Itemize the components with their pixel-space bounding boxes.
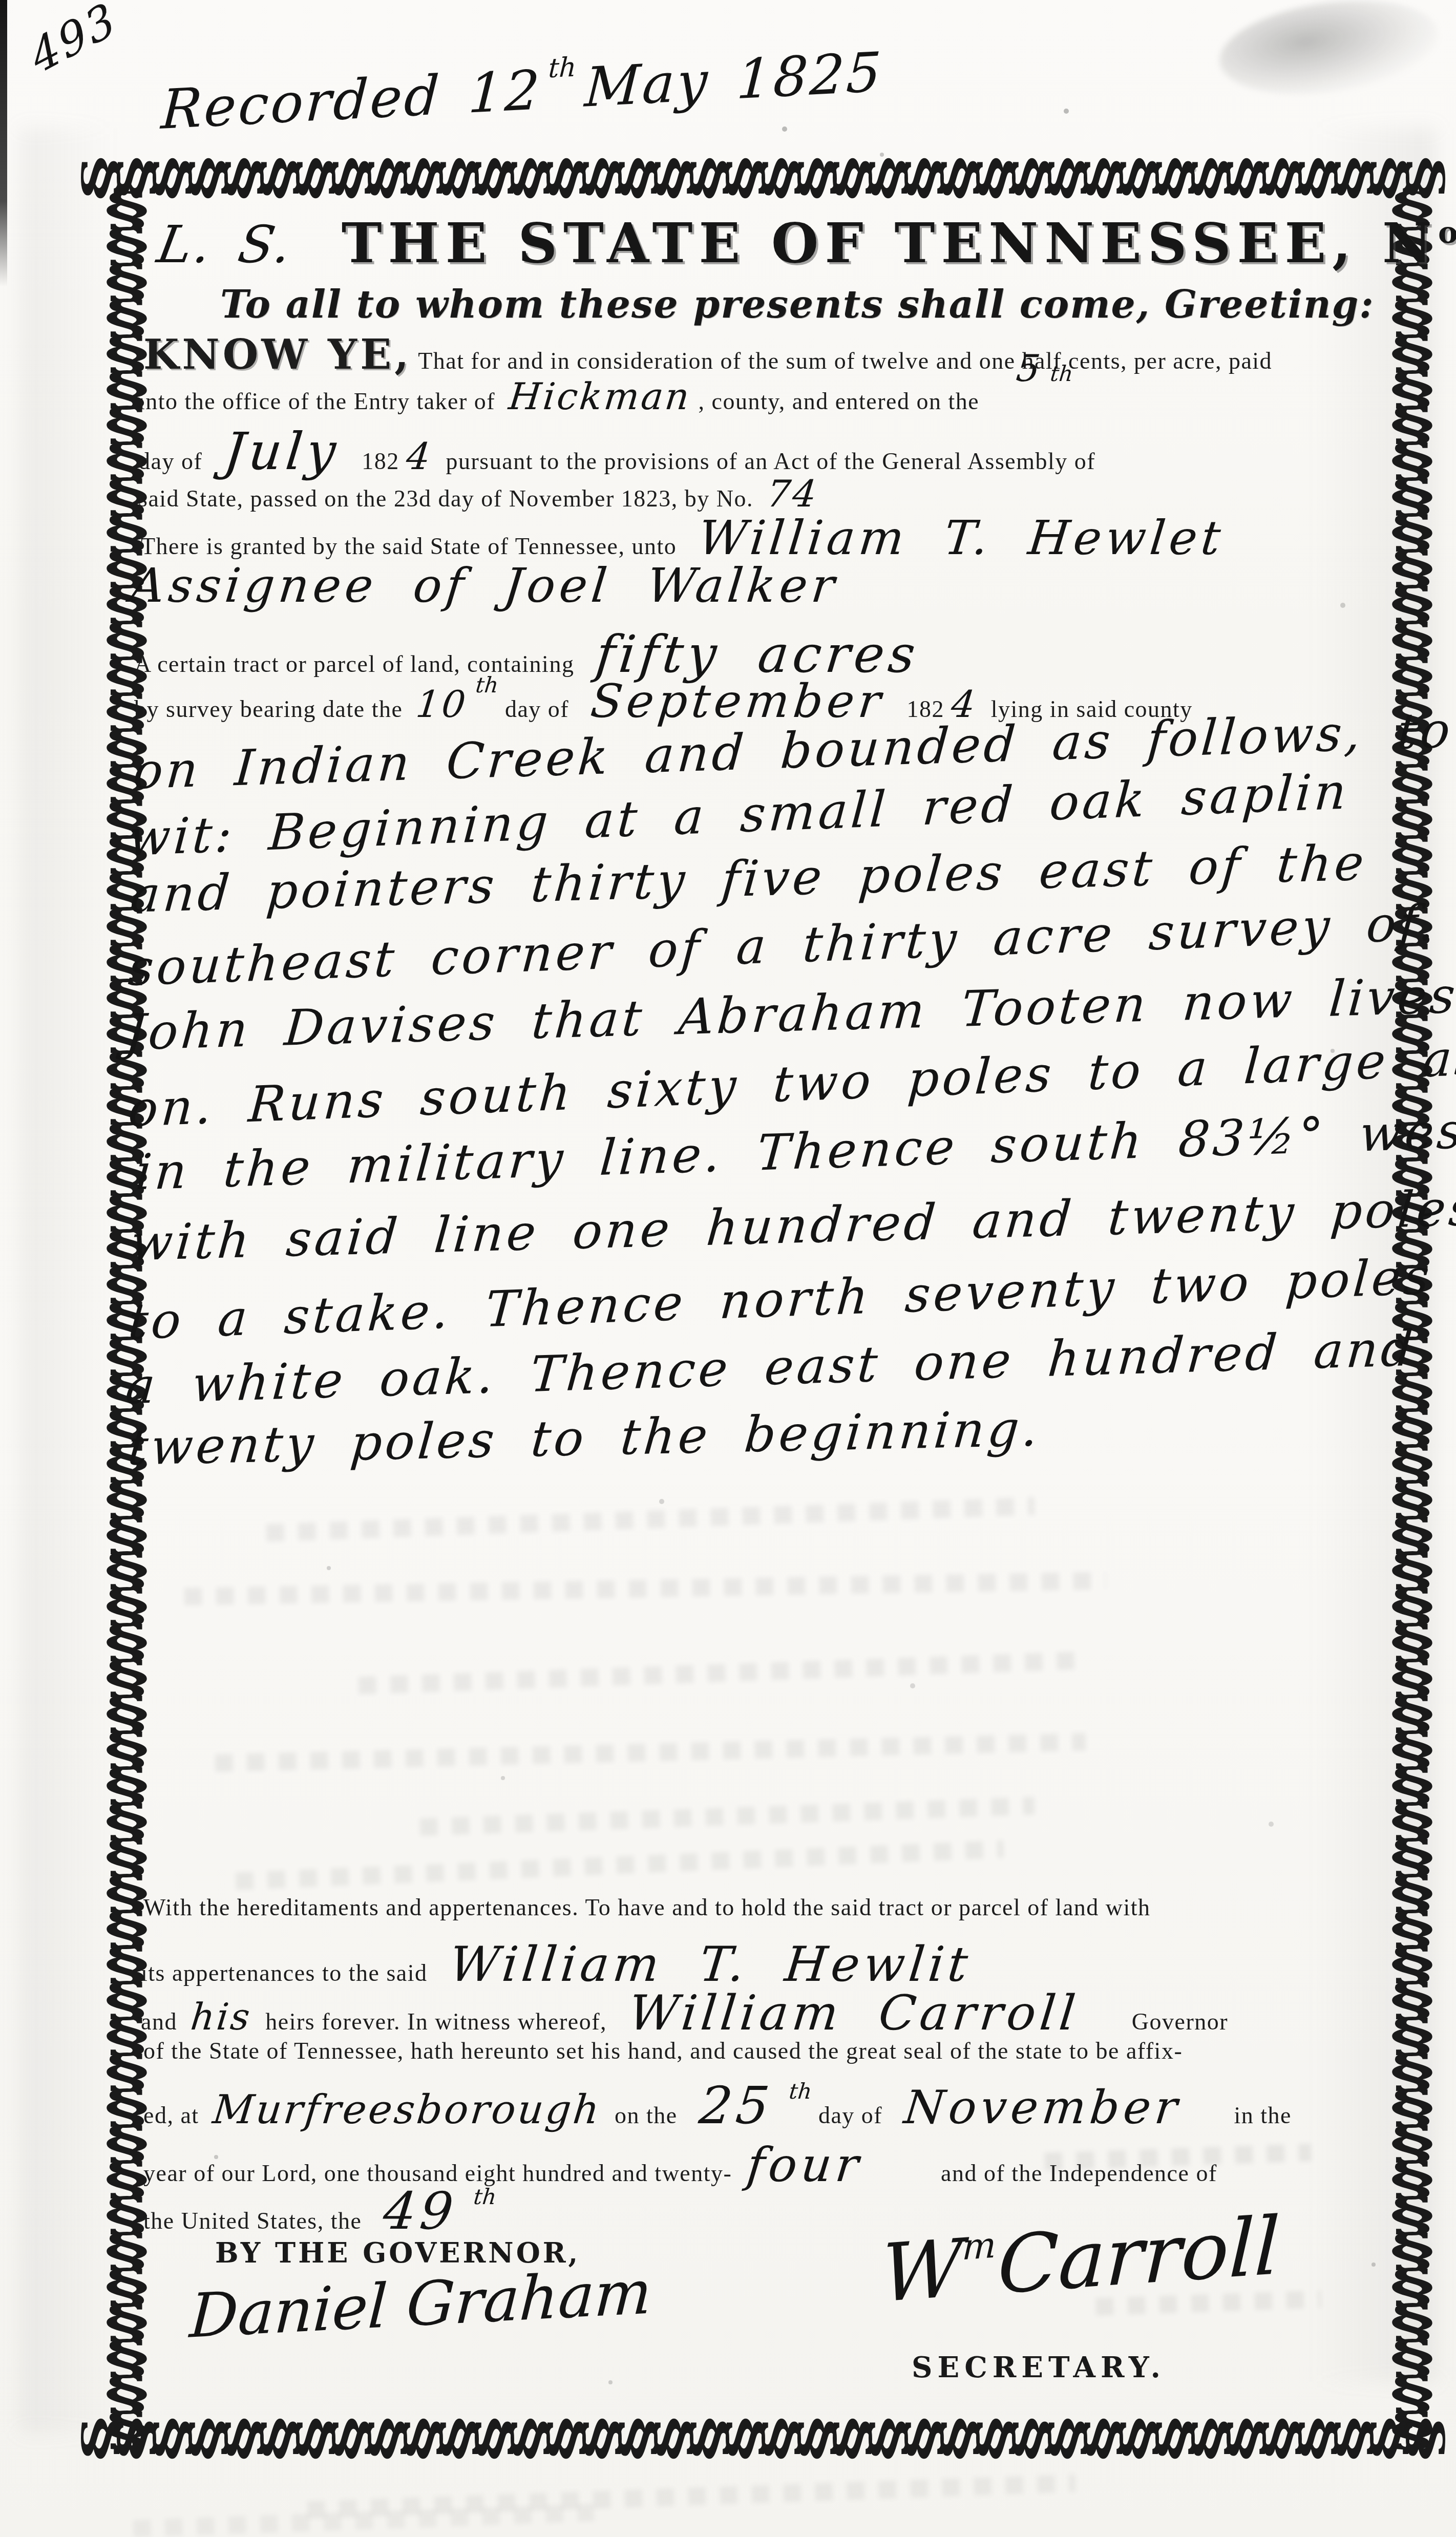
page-corner-number: 493 xyxy=(16,0,132,83)
printed-text: With the hereditaments and appertenances… xyxy=(143,1894,1151,1920)
printed-text: its appertenances to the said xyxy=(141,1960,434,1986)
closing-line-7: the United States, the 49th xyxy=(143,2186,496,2237)
printed-text: day of xyxy=(498,696,576,722)
hw-entry-day: 5 xyxy=(1015,350,1044,387)
closing-line-3: and his heirs forever. In witness whereo… xyxy=(141,1990,1228,2038)
metes-line-11: twenty poles to the beginning. xyxy=(128,1404,1041,1472)
corner-smudge xyxy=(1214,0,1444,107)
hw-county-name: Hickman xyxy=(507,378,693,415)
printed-text: of the State of Tennessee, hath hereunto… xyxy=(143,2038,1183,2064)
hw-pronoun: his xyxy=(189,1998,254,2035)
printed-text: and xyxy=(141,2009,184,2035)
hw-grantee-name-2: William T. Hewlit xyxy=(447,1941,974,1989)
bleed-through-mark xyxy=(420,1797,1035,1836)
signature-wm-carroll-superscript: m xyxy=(962,2227,997,2265)
printed-text: , county, and entered on the xyxy=(699,388,986,414)
bleed-through-mark xyxy=(215,1733,1086,1772)
hw-seal-place: Murfreesborough xyxy=(211,2090,603,2130)
deed-line-2: into the office of the Entry taker of Hi… xyxy=(138,378,1073,415)
bleed-through-mark xyxy=(358,1652,1075,1695)
script-metes-text: twenty poles to the beginning. xyxy=(126,1404,1043,1472)
printed-text: on the xyxy=(608,2102,684,2128)
printed-text: in the xyxy=(1227,2102,1291,2128)
secretary-label: SECRETARY. xyxy=(912,2351,1166,2384)
hw-seal-month: November xyxy=(902,2085,1184,2131)
hw-act-number: 74 xyxy=(765,475,820,512)
printed-text: A certain tract or parcel of land, conta… xyxy=(134,651,581,677)
printed-text: day of xyxy=(812,2102,889,2128)
deed-line-5: There is granted by the said State of Te… xyxy=(141,515,1240,562)
hw-survey-month: September xyxy=(588,679,887,725)
closing-line-2: its appertenances to the said William T.… xyxy=(141,1941,986,1989)
chain-border-bottom: §§§§§§§§§§§§§§§§§§§§§§§§§§§§§§§§§§§§§§ xyxy=(82,2411,1444,2467)
hw-governor-name: William Carroll xyxy=(626,1990,1082,2038)
handwritten-recorded-date: May 1825 xyxy=(583,45,884,115)
printed-text: There is granted by the said State of Te… xyxy=(141,533,683,559)
bleed-through-mark xyxy=(266,1497,1035,1541)
by-governor-line: BY THE GOVERNOR, xyxy=(215,2239,580,2267)
chain-border-top: §§§§§§§§§§§§§§§§§§§§§§§§§§§§§§§§§§§§§§ xyxy=(82,150,1444,207)
printed-year-prefix: 182 xyxy=(355,448,399,474)
hw-assignee-line: Assignee of Joel Walker xyxy=(128,562,840,609)
printed-text: heirs forever. In witness whereof, xyxy=(259,2009,614,2035)
hw-year-word: four xyxy=(745,2142,865,2189)
hw-acreage: fifty acres xyxy=(594,629,922,680)
scan-edge-artifact xyxy=(0,0,7,287)
printed-text: day of xyxy=(138,448,209,474)
hw-independence-year: 49 xyxy=(381,2186,460,2237)
bleed-through-mark xyxy=(184,1572,1106,1605)
hw-year-digit: 4 xyxy=(405,438,434,475)
printed-text: pursuant to the provisions of an Act of … xyxy=(439,448,1096,474)
handwritten-corner-number: 493 xyxy=(25,0,123,80)
document-title: THE STATE OF TENNESSEE, N xyxy=(342,211,1438,275)
hw-seal-day-suffix: th xyxy=(788,2081,813,2102)
deed-line-4: said State, passed on the 23d day of Nov… xyxy=(138,475,826,512)
handwritten-ordinal-suffix: th xyxy=(548,54,577,82)
hw-independence-year-suffix: th xyxy=(473,2186,497,2208)
hw-entry-month: July xyxy=(222,426,342,477)
hw-survey-day-suffix: th xyxy=(475,674,499,696)
deed-line-7: A certain tract or parcel of land, conta… xyxy=(134,629,935,680)
handwritten-recorded-text: Recorded 12 xyxy=(160,63,543,137)
deed-line-6: Assignee of Joel Walker xyxy=(131,562,838,609)
secretary-signature-line: Daniel Graham xyxy=(188,2261,653,2346)
printed-governor-label: Governor xyxy=(1125,2009,1228,2035)
paper-specks xyxy=(0,0,2,2)
seal-initials: L. S. xyxy=(154,219,297,270)
salutation-text: To all to whom these presents shall come… xyxy=(220,283,1375,327)
printed-text: into the office of the Entry taker of xyxy=(138,388,502,414)
recorded-note: Recorded 12th May 1825 xyxy=(153,45,891,137)
closing-line-5: ed, at Murfreesborough on the 25th day o… xyxy=(143,2080,1292,2131)
salutation-line: To all to whom these presents shall come… xyxy=(220,286,1375,324)
closing-line-1: With the hereditaments and appertenances… xyxy=(143,1896,1151,1919)
document-page: §§§§§§§§§§§§§§§§§§§§§§§§§§§§§§§§§§§§§§ §… xyxy=(0,0,1456,2537)
closing-line-4: of the State of Tennessee, hath hereunto… xyxy=(143,2039,1183,2063)
printed-text: by survey bearing date the xyxy=(134,696,409,722)
hw-grantee-name: William T. Hewlet xyxy=(696,515,1227,562)
title-ordinal: o. xyxy=(1438,215,1456,250)
printed-text: the United States, the xyxy=(143,2208,368,2234)
printed-text: That for and in consideration of the sum… xyxy=(412,348,1272,374)
secretary-label-line: SECRETARY. xyxy=(912,2353,1166,2382)
signature-wm-carroll-initial: W xyxy=(880,2228,964,2314)
signature-daniel-graham: Daniel Graham xyxy=(188,2261,653,2346)
deed-line-3: day of July 1824 pursuant to the provisi… xyxy=(138,426,1095,477)
hw-seal-day: 25 xyxy=(697,2080,776,2131)
document-header: L. S.THE STATE OF TENNESSEE, No.493. xyxy=(151,209,1456,272)
printed-text: ed, at xyxy=(143,2102,206,2128)
know-ye-display: KNOW YE, xyxy=(143,330,412,378)
printed-text: said State, passed on the 23d day of Nov… xyxy=(138,485,760,512)
hw-entry-day-suffix: th xyxy=(1049,363,1074,385)
deed-line-1: KNOW YE, That for and in consideration o… xyxy=(143,334,1272,375)
signature-wm-carroll-surname: Carroll xyxy=(996,2206,1281,2305)
bleed-through-mark xyxy=(236,1841,1004,1890)
hw-survey-day: 10 xyxy=(415,686,470,723)
